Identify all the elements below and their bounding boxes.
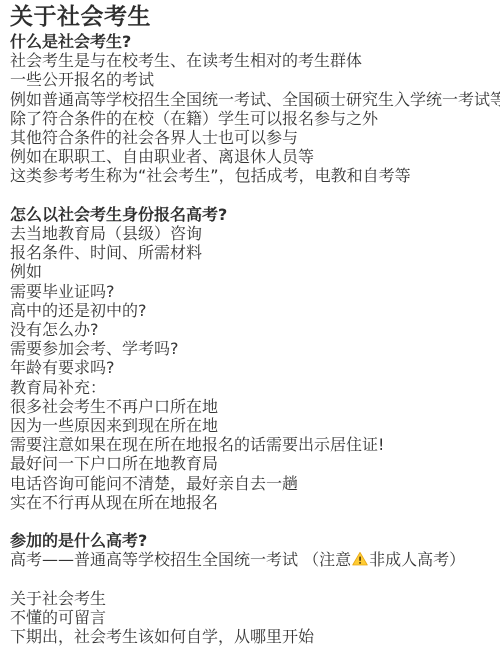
- article-page: 关于社会考生 什么是社会考生? 社会考生是与在校考生、在读考生相对的考生群体 一…: [0, 0, 500, 646]
- text-line: 年龄有要求吗?: [10, 358, 490, 377]
- section-heading: 怎么以社会考生身份报名高考?: [10, 205, 490, 224]
- text-line: 一些公开报名的考试: [10, 70, 490, 89]
- warning-icon: [352, 551, 368, 567]
- text-line: 社会考生是与在校考生、在读考生相对的考生群体: [10, 51, 490, 70]
- text-line: 不懂的可留言: [10, 608, 490, 627]
- text-line: 例如普通高等学校招生全国统一考试、全国硕士研究生入学统一考试等: [10, 90, 490, 109]
- text-line: 这类参考考生称为“社会考生”，包括成考，电教和自考等: [10, 166, 490, 185]
- text-line: 实在不行再从现在所在地报名: [10, 493, 490, 512]
- text-line: 因为一些原因来到现在所在地: [10, 416, 490, 435]
- section-what-is-social-examinee: 什么是社会考生? 社会考生是与在校考生、在读考生相对的考生群体 一些公开报名的考…: [10, 32, 490, 186]
- page-title: 关于社会考生: [10, 3, 490, 32]
- text-line: 下期出，社会考生该如何自学，从哪里开始: [10, 627, 490, 646]
- text-line: 除了符合条件的在校（在籍）学生可以报名参与之外: [10, 109, 490, 128]
- text-line: 高中的还是初中的?: [10, 301, 490, 320]
- section-heading: 参加的是什么高考?: [10, 531, 490, 550]
- text-line: 例如在职职工、自由职业者、离退休人员等: [10, 147, 490, 166]
- text-line: 电话咨询可能问不清楚，最好亲自去一趟: [10, 474, 490, 493]
- text-line: 报名条件、时间、所需材料: [10, 243, 490, 262]
- section-which-gaokao: 参加的是什么高考? 高考——普通高等学校招生全国统一考试 （注意非成人高考）: [10, 531, 490, 569]
- text-line: 去当地教育局（县级）咨询: [10, 224, 490, 243]
- text-line: 最好问一下户口所在地教育局: [10, 454, 490, 473]
- text-line: 没有怎么办?: [10, 320, 490, 339]
- section-heading: 什么是社会考生?: [10, 32, 490, 51]
- text-line-with-warning: 高考——普通高等学校招生全国统一考试 （注意非成人高考）: [10, 550, 490, 569]
- text-line: 需要参加会考、学考吗?: [10, 339, 490, 358]
- text-line: 例如: [10, 262, 490, 281]
- text-segment: 非成人高考）: [369, 550, 465, 569]
- text-line: 教育局补充：: [10, 378, 490, 397]
- text-line: 需要注意如果在现在所在地报名的话需要出示居住证!: [10, 435, 490, 454]
- section-how-to-register: 怎么以社会考生身份报名高考? 去当地教育局（县级）咨询 报名条件、时间、所需材料…: [10, 205, 490, 512]
- text-line: 很多社会考生不再户口所在地: [10, 397, 490, 416]
- text-segment: 高考——普通高等学校招生全国统一考试 （注意: [10, 550, 351, 569]
- section-footer-note: 关于社会考生 不懂的可留言 下期出，社会考生该如何自学，从哪里开始: [10, 589, 490, 647]
- text-line: 需要毕业证吗?: [10, 282, 490, 301]
- text-line: 关于社会考生: [10, 589, 490, 608]
- text-line: 其他符合条件的社会各界人士也可以参与: [10, 128, 490, 147]
